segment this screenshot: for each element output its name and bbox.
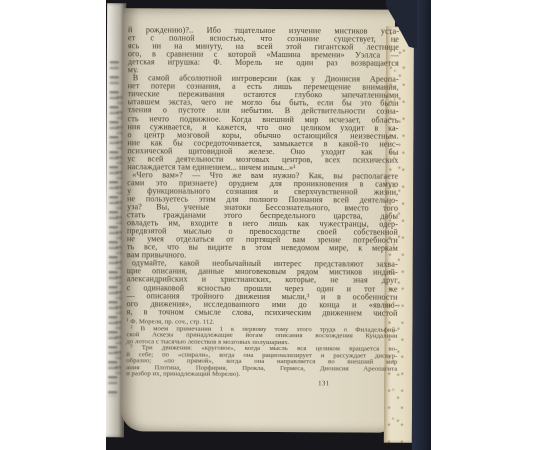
- screenshot-canvas: й рождению)?.. Ибо тщательное изучение м…: [0, 0, 550, 450]
- book-spread: й рождению)?.. Ибо тщательное изучение м…: [106, 0, 431, 450]
- text-line: я, в точном смысле слова, психическим дв…: [127, 308, 398, 317]
- book-photo: й рождению)?.. Ибо тщательное изучение м…: [106, 0, 431, 450]
- book-cover-edge: [412, 0, 431, 450]
- page-number: 131: [318, 380, 329, 387]
- page-main-text: й рождению)?.. Ибо тщательное изучение м…: [127, 26, 400, 317]
- page-footnotes: ¹ Ф. Мореля, пр. соч., стр. 112.² В моем…: [126, 319, 397, 379]
- text-line: детская игрушка: Ф. Морель не один раз в…: [128, 58, 399, 67]
